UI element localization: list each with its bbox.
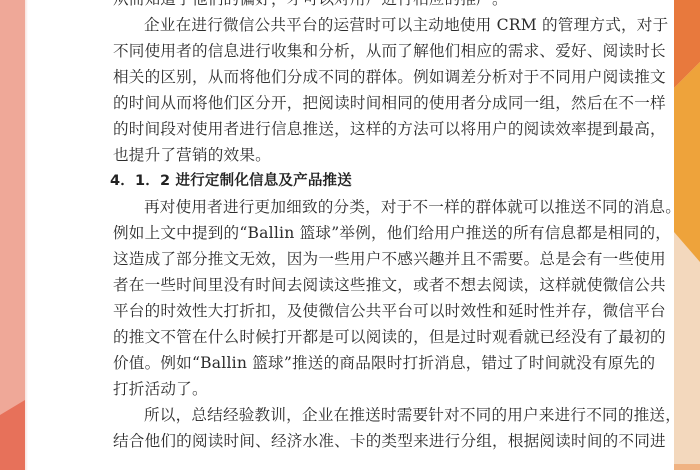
paragraph-1: 企业在进行微信公共平台的运营时可以主动地使用 CRM 的管理方式，对于 不同使用… — [113, 12, 653, 168]
text-line: 平台的时效性大打折扣，及使微信公共平台可以时效性和延时性并存，微信平台 — [113, 298, 653, 324]
text-line: 企业在进行微信公共平台的运营时可以主动地使用 CRM 的管理方式，对于 — [113, 12, 653, 38]
text-line: 例如上文中提到的“Ballin 篮球”举例，他们给用户推送的所有信息都是相同的， — [113, 220, 653, 246]
text-line: 结合他们的阅读时间、经济水准、卡的类型来进行分组，根据阅读时间的不同进 — [113, 428, 653, 454]
text-line: 也提升了营销的效果。 — [113, 142, 653, 168]
text-line: 的推文不管在什么时候打开都是可以阅读的，但是过时观看就已经没有了最初的 — [113, 324, 653, 350]
left-decorative-border — [0, 0, 25, 470]
section-heading: 4．1．2 进行定制化信息及产品推送 — [110, 168, 653, 194]
text-line: 再对使用者进行更加细致的分类，对于不一样的群体就可以推送不同的消息。 — [113, 194, 653, 220]
text-line: 不同使用者的信息进行收集和分析，从而了解他们相应的需求、爱好、阅读时长 — [113, 38, 653, 64]
paragraph-0-line-0: 从而知道了他们的偏好，才可以对用户进行相应的推广。 — [113, 0, 653, 12]
text-line: 相关的区别，从而将他们分成不同的群体。例如调差分析对于不同用户阅读推文 — [113, 64, 653, 90]
right-border-accent-bottom — [674, 464, 700, 470]
text-line: 者在一些时间里没有时间去阅读这些推文，或者不想去阅读，这样就使微信公共 — [113, 272, 653, 298]
paragraph-3: 所以，总结经验教训，企业在推送时需要针对不同的用户来进行不同的推送， 结合他们的… — [113, 402, 653, 454]
text-line: 打折活动了。 — [113, 376, 653, 402]
document-page: 从而知道了他们的偏好，才可以对用户进行相应的推广。 企业在进行微信公共平台的运营… — [113, 0, 653, 454]
paragraph-2: 再对使用者进行更加细致的分类，对于不一样的群体就可以推送不同的消息。 例如上文中… — [113, 194, 653, 402]
right-border-accent-mid — [674, 62, 700, 262]
text-line: 价值。例如“Ballin 篮球”推送的商品限时打折消息，错过了时间就没有原先的 — [113, 350, 653, 376]
text-line: 的时间从而将他们区分开，把阅读时间相同的使用者分成同一组，然后在不一样 — [113, 90, 653, 116]
text-line: 所以，总结经验教训，企业在推送时需要针对不同的用户来进行不同的推送， — [113, 402, 653, 428]
text-line: 这造成了部分推文无效，因为一些用户不感兴趣并且不需要。总是会有一些使用 — [113, 246, 653, 272]
left-border-shadow — [25, 0, 28, 470]
text-line: 的时间段对使用者进行信息推送，这样的方法可以将用户的阅读效率提到最高， — [113, 116, 653, 142]
